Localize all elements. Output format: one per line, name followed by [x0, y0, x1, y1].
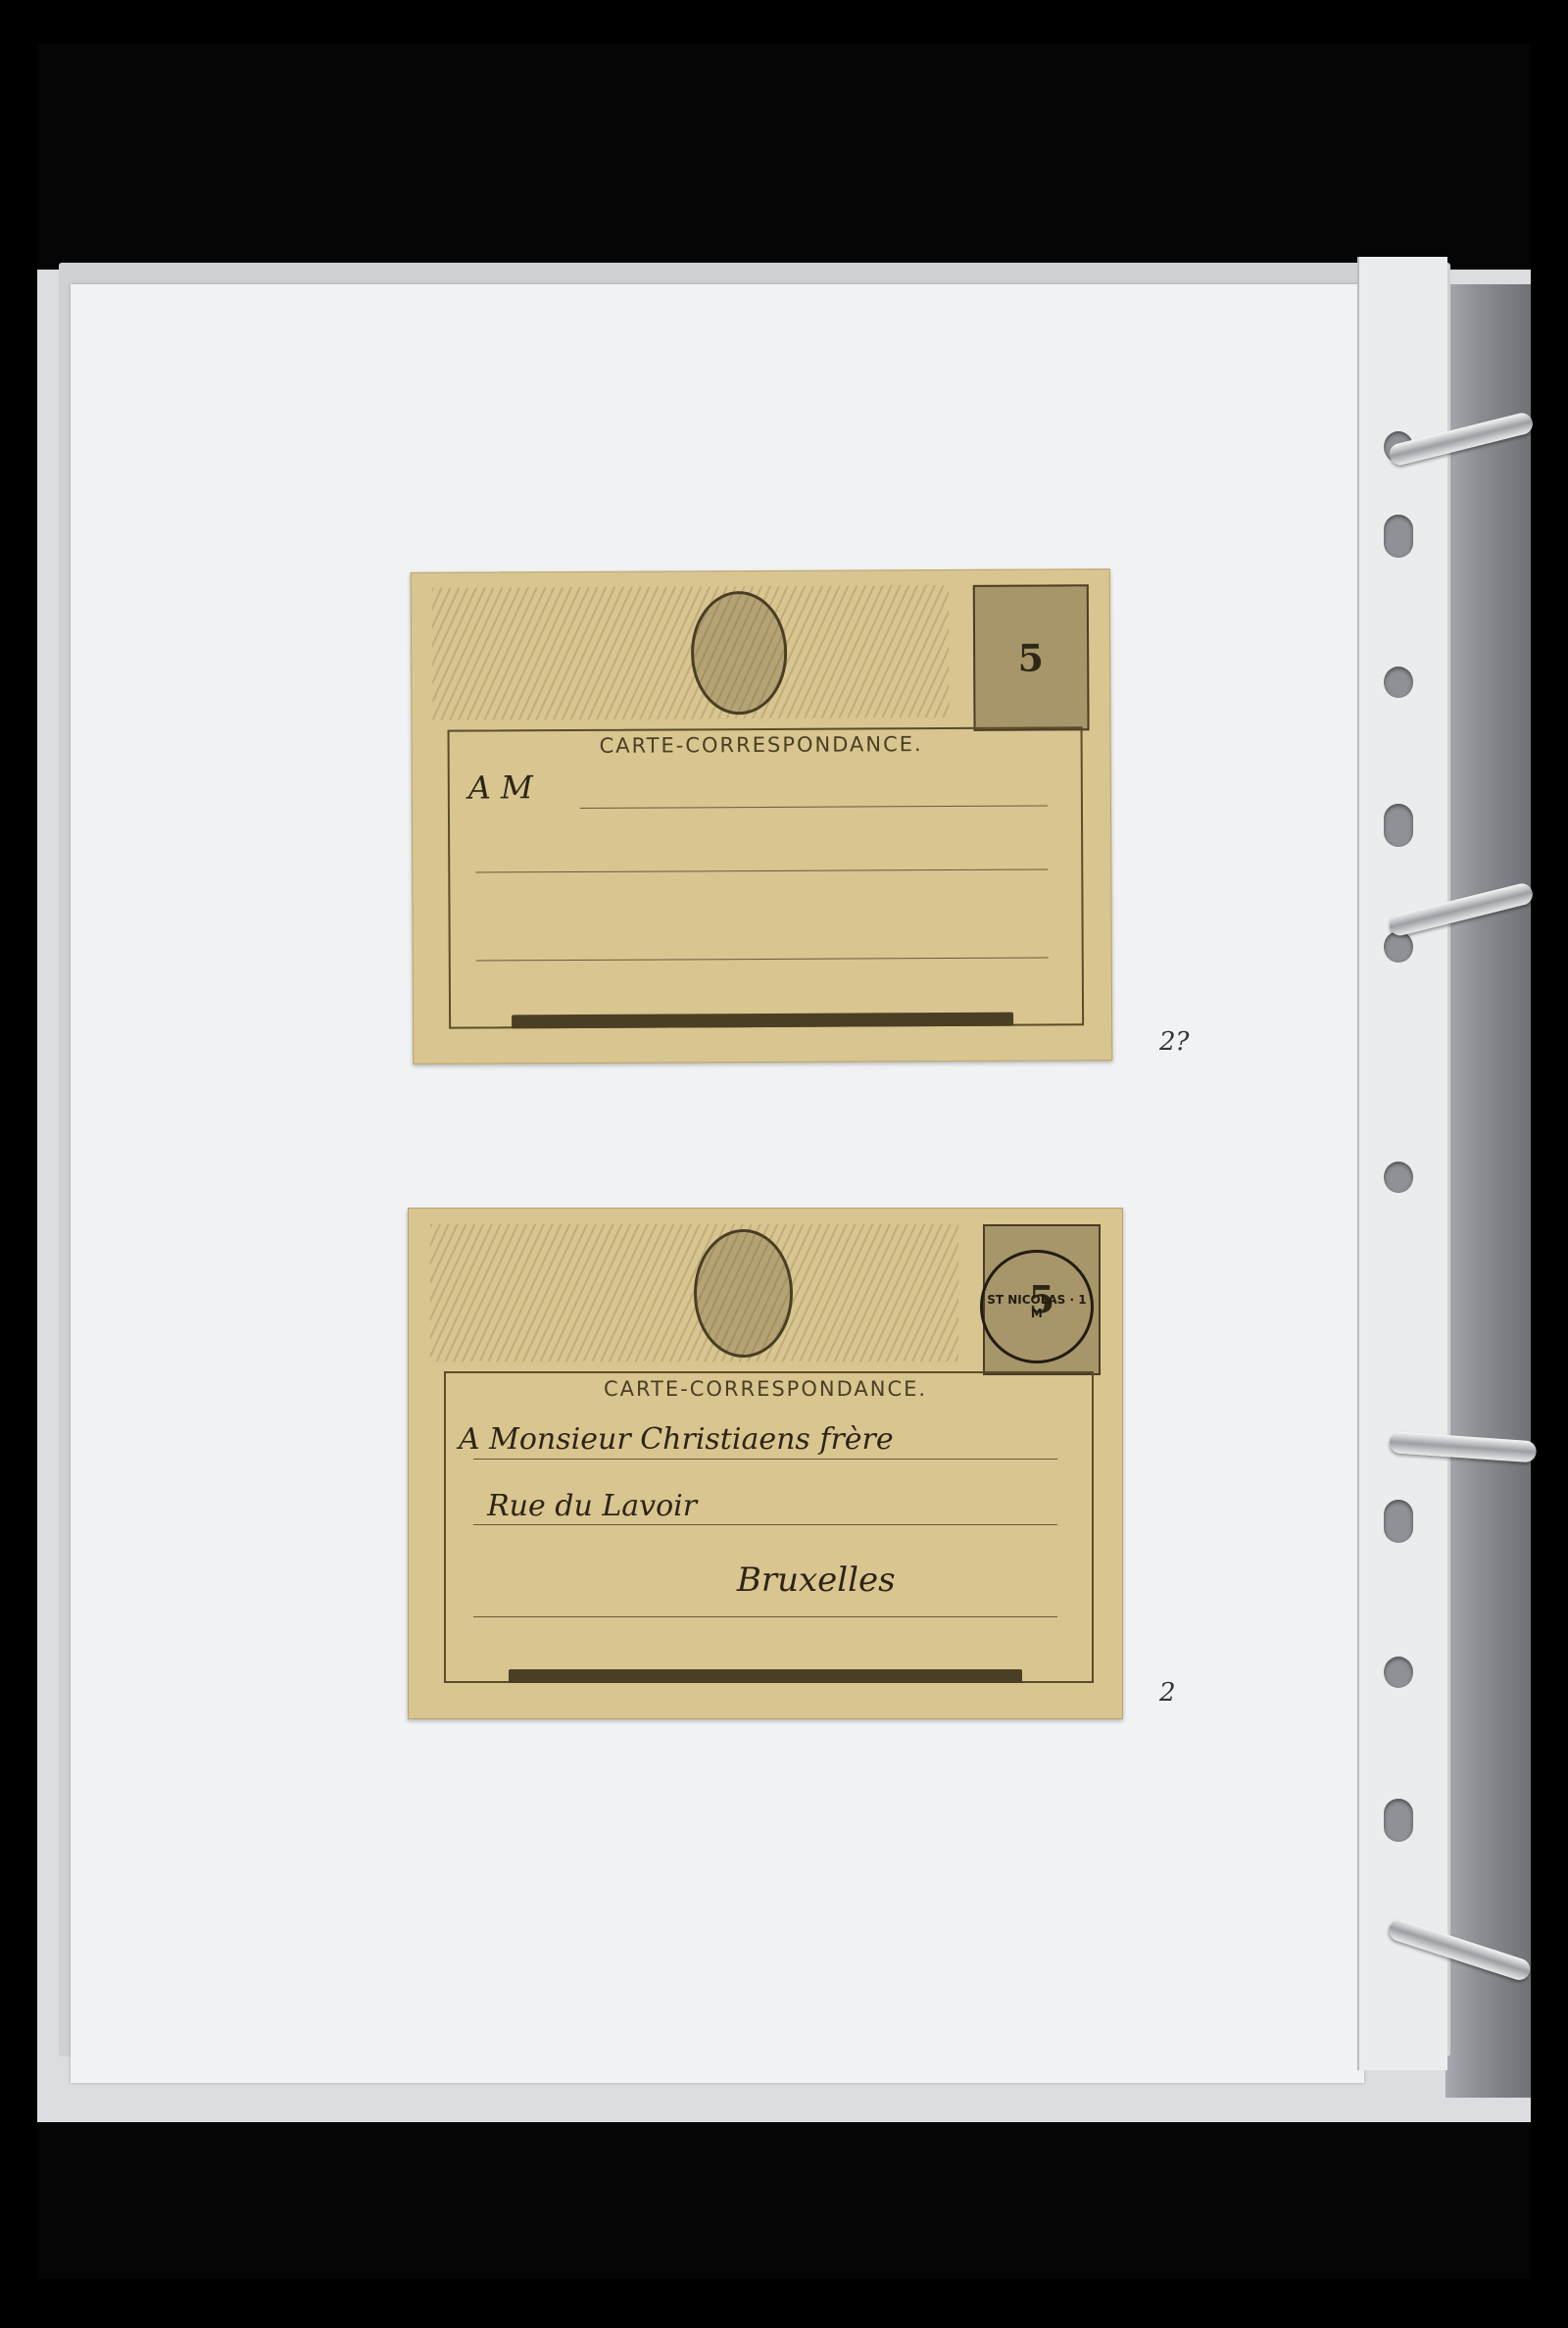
bottom-ornament [512, 1013, 1014, 1029]
postmark: ST NICOLAS · 1 M [980, 1250, 1094, 1363]
salutation: A M [468, 768, 533, 806]
punch-hole [1384, 1500, 1413, 1543]
card-title: CARTE-CORRESPONDANCE. [413, 731, 1110, 759]
annotation-2: 2 [1159, 1678, 1176, 1708]
punch-hole [1384, 804, 1413, 847]
card-border [447, 726, 1084, 1028]
punch-hole [1384, 1657, 1413, 1688]
bottom-ornament [509, 1669, 1022, 1683]
address-line [473, 1524, 1058, 1525]
card-border [444, 1371, 1094, 1682]
imprinted-stamp: 5 [973, 584, 1090, 731]
postcard-used: 5 CARTE-CORRESPONDANCE. A Monsieur Chris… [408, 1208, 1123, 1719]
punch-hole [1384, 1799, 1413, 1842]
address-line [473, 1459, 1058, 1460]
address-street: Rue du Lavoir [487, 1489, 697, 1523]
lion-crest-icon [694, 1229, 793, 1358]
binder-spine [1445, 284, 1531, 2098]
card-title: CARTE-CORRESPONDANCE. [409, 1377, 1122, 1401]
album-page [71, 284, 1364, 2083]
address-line [473, 1616, 1058, 1617]
lion-crest-icon [691, 591, 788, 716]
address-city: Bruxelles [737, 1560, 896, 1600]
punch-hole [1384, 931, 1413, 963]
punch-hole [1384, 667, 1413, 698]
postcard-unused: 5 CARTE-CORRESPONDANCE. A M [411, 569, 1113, 1065]
annotation-1: 2? [1159, 1027, 1189, 1057]
punch-hole [1384, 1162, 1413, 1193]
salutation: A Monsieur Christiaens frère [459, 1422, 894, 1457]
punch-hole [1384, 515, 1413, 558]
